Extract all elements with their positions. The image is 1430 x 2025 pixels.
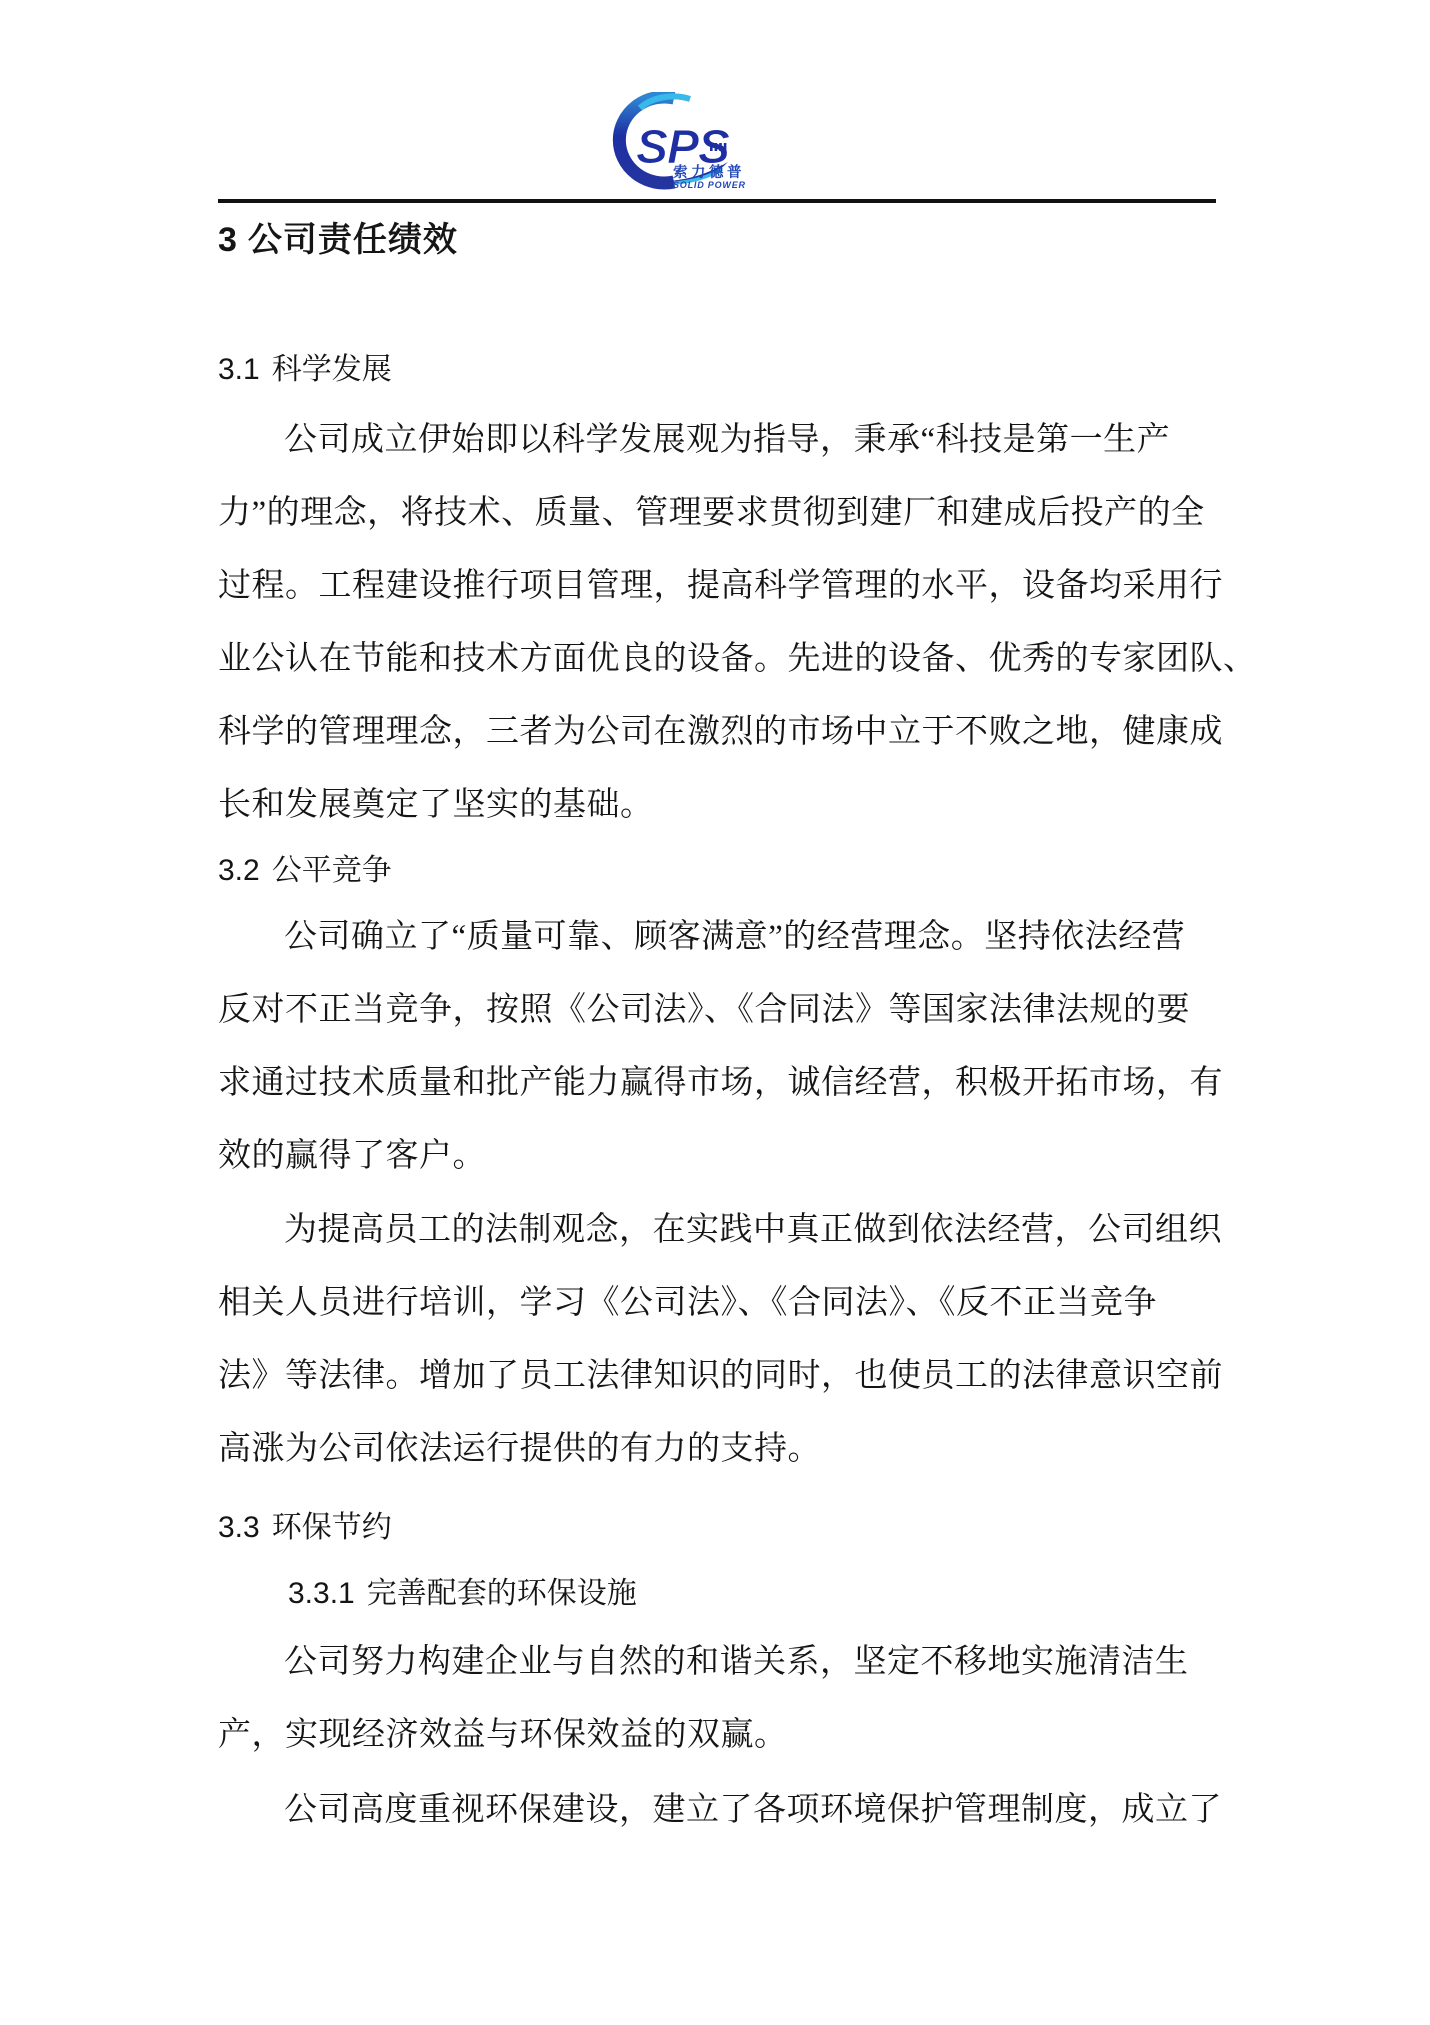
body-line: 公司确立了“质量可靠、顾客满意”的经营理念。坚持依法经营 — [218, 901, 1220, 974]
header-divider — [218, 199, 1216, 203]
subsection-heading-3-3-1: 3.3.1完善配套的环保设施 — [288, 1568, 637, 1612]
body-line: 过程。工程建设推行项目管理，提高科学管理的水平，设备均采用行 — [218, 550, 1220, 623]
chapter-heading: 3公司责任绩效 — [218, 212, 458, 261]
body-line: 求通过技术质量和批产能力赢得市场，诚信经营，积极开拓市场，有 — [218, 1047, 1220, 1120]
logo-chinese-name: 索力德普 — [673, 163, 745, 181]
section-heading-3-2: 3.2公平竞争 — [218, 845, 392, 889]
paragraph: 公司高度重视环保建设，建立了各项环境保护管理制度，成立了 — [218, 1774, 1220, 1847]
section-number: 3.3 — [218, 1511, 260, 1544]
body-line: 科学的管理理念，三者为公司在激烈的市场中立于不败之地，健康成 — [218, 696, 1220, 769]
body-line: 产，实现经济效益与环保效益的双赢。 — [218, 1699, 1220, 1772]
paragraph: 公司确立了“质量可靠、顾客满意”的经营理念。坚持依法经营 反对不正当竞争，按照《… — [218, 901, 1220, 1193]
body-line: 高涨为公司依法运行提供的有力的支持。 — [218, 1413, 1220, 1486]
body-line: 公司努力构建企业与自然的和谐关系，坚定不移地实施清洁生 — [218, 1626, 1220, 1699]
body-line: 法》等法律。增加了员工法律知识的同时，也使员工的法律意识空前 — [218, 1340, 1220, 1413]
chapter-number: 3 — [218, 221, 238, 259]
paragraph: 为提高员工的法制观念，在实践中真正做到依法经营，公司组织 相关人员进行培训，学习… — [218, 1194, 1220, 1486]
body-line: 为提高员工的法制观念，在实践中真正做到依法经营，公司组织 — [218, 1194, 1220, 1267]
section-heading-3-3: 3.3环保节约 — [218, 1502, 392, 1546]
body-line: 长和发展奠定了坚实的基础。 — [218, 769, 1220, 842]
paragraph: 公司努力构建企业与自然的和谐关系，坚定不移地实施清洁生 产，实现经济效益与环保效… — [218, 1626, 1220, 1772]
section-heading-3-1: 3.1科学发展 — [218, 344, 392, 388]
body-line: 效的赢得了客户。 — [218, 1120, 1220, 1193]
body-line: 公司成立伊始即以科学发展观为指导，秉承“科技是第一生产 — [218, 404, 1220, 477]
section-title: 环保节约 — [272, 1511, 392, 1544]
paragraph: 公司成立伊始即以科学发展观为指导，秉承“科技是第一生产 力”的理念，将技术、质量… — [218, 404, 1220, 842]
body-line: 业公认在节能和技术方面优良的设备。先进的设备、优秀的专家团队、 — [218, 623, 1220, 696]
logo-english-name: SOLID POWER — [673, 180, 746, 190]
document-page: SPS 索力德普 SOLID POWER 3公司责任绩效 3.1科学发展 公司成… — [0, 0, 1430, 2025]
body-line: 反对不正当竞争，按照《公司法》、《合同法》等国家法律法规的要 — [218, 974, 1220, 1047]
body-line: 公司高度重视环保建设，建立了各项环境保护管理制度，成立了 — [218, 1774, 1220, 1847]
body-line: 力”的理念，将技术、质量、管理要求贯彻到建厂和建成后投产的全 — [218, 477, 1220, 550]
section-title: 公平竞争 — [272, 854, 392, 887]
subsection-title: 完善配套的环保设施 — [367, 1577, 637, 1610]
section-number: 3.2 — [218, 854, 260, 887]
subsection-number: 3.3.1 — [288, 1577, 355, 1610]
section-title: 科学发展 — [272, 353, 392, 386]
chapter-title: 公司责任绩效 — [248, 221, 458, 259]
company-logo-icon: SPS 索力德普 SOLID POWER — [610, 92, 760, 190]
section-number: 3.1 — [218, 353, 260, 386]
body-line: 相关人员进行培训，学习《公司法》、《合同法》、《反不正当竞争 — [218, 1267, 1220, 1340]
